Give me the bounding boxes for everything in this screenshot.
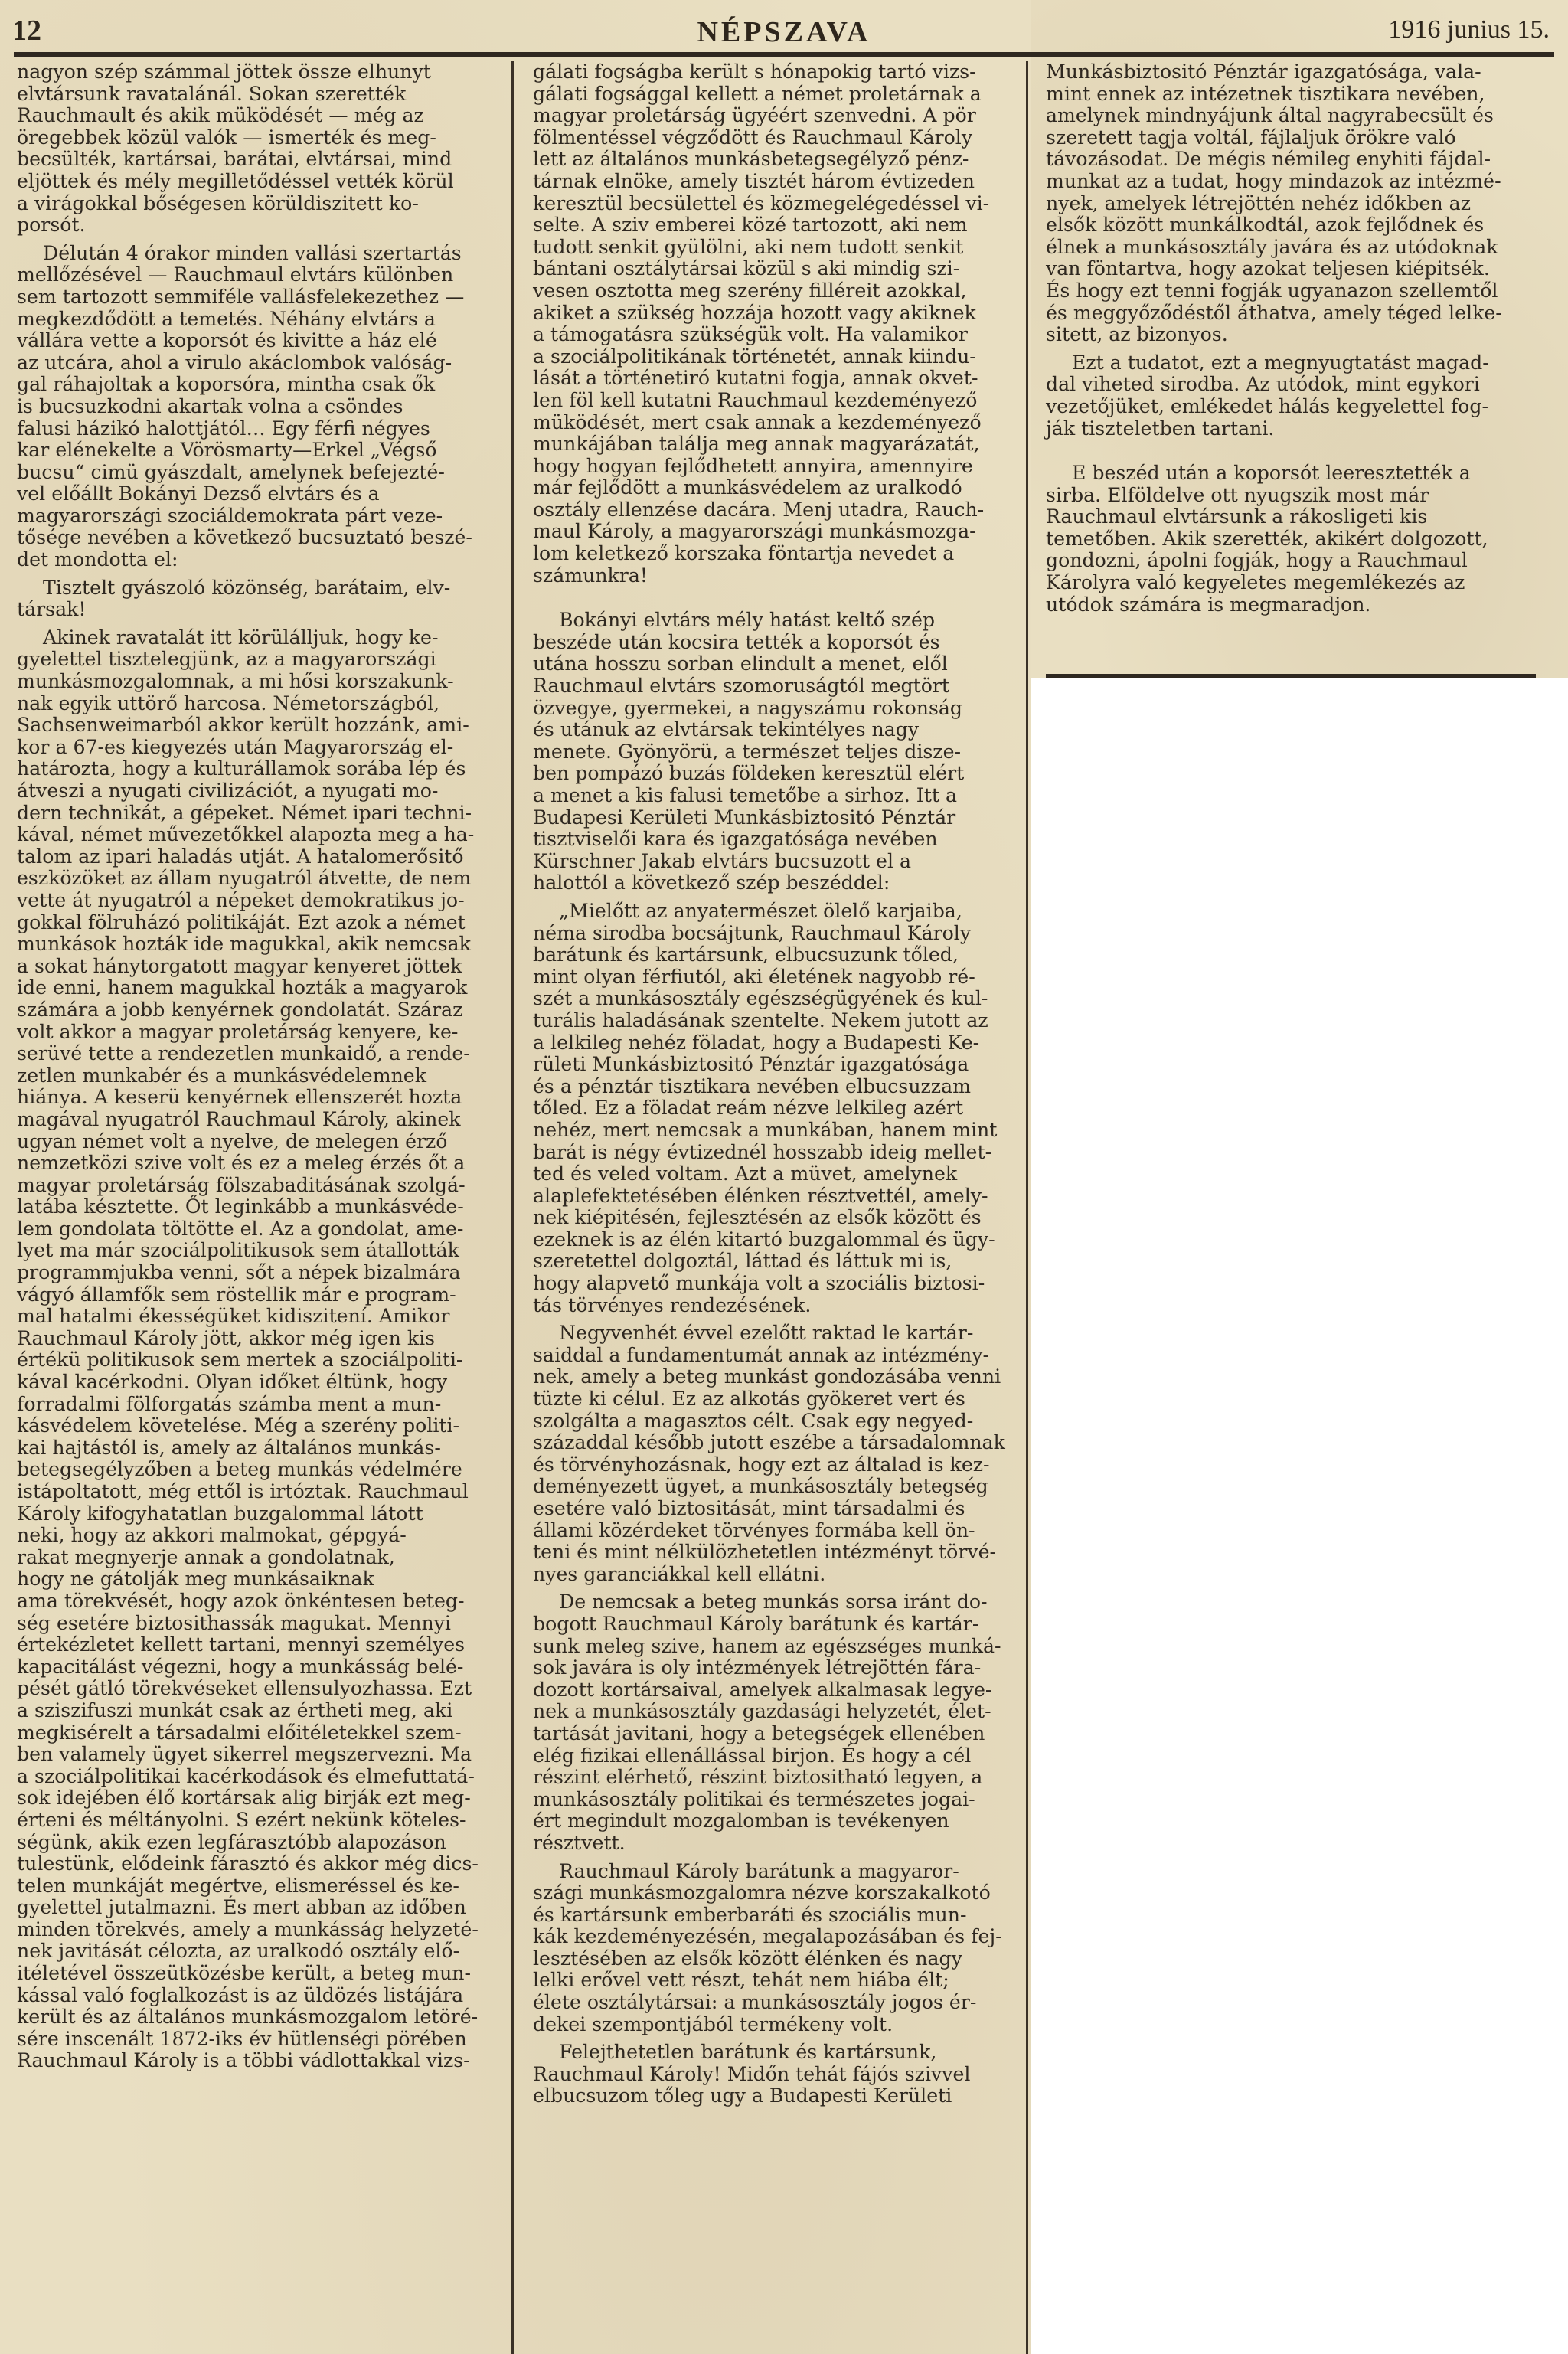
article-column-3: Munkásbiztositó Pénztár igazgatósága, va… <box>1046 61 1530 616</box>
article-paragraph: Tisztelt gyászoló közönség, barátaim, el… <box>17 577 501 621</box>
article-paragraph: Munkásbiztositó Pénztár igazgatósága, va… <box>1046 61 1530 346</box>
masthead-rule <box>14 52 1554 57</box>
masthead: 12 NÉPSZAVA 1916 junius 15. <box>0 0 1568 54</box>
article-paragraph: gálati fogságba került s hónapokig tartó… <box>533 61 1017 587</box>
column-divider <box>511 61 514 2354</box>
article-column-2: gálati fogságba került s hónapokig tartó… <box>533 61 1017 2107</box>
article-paragraph: De nemcsak a beteg munkás sorsa iránt do… <box>533 1591 1017 1854</box>
article-paragraph: Délután 4 órakor minden vallási szertart… <box>17 243 501 571</box>
article-paragraph: Akinek ravatalát itt körülálljuk, hogy k… <box>17 627 501 2072</box>
article-column-1: nagyon szép számmal jöttek össze elhunyt… <box>17 61 501 2072</box>
issue-date: 1916 junius 15. <box>1388 15 1550 44</box>
article-paragraph: Ezt a tudatot, ezt a megnyugtatást magad… <box>1046 352 1530 440</box>
article-paragraph: Rauchmaul Károly barátunk a magyaror- sz… <box>533 1861 1017 2036</box>
article-paragraph: nagyon szép számmal jöttek össze elhunyt… <box>17 61 501 237</box>
column-divider <box>1026 61 1028 2354</box>
article-paragraph: Bokányi elvtárs mély hatást keltő szép b… <box>533 610 1017 894</box>
article-end-rule <box>1046 674 1536 678</box>
article-paragraph: „Mielőtt az anyatermészet ölelő karjaiba… <box>533 901 1017 1316</box>
article-paragraph: Negyvenhét évvel ezelőtt raktad le kartá… <box>533 1322 1017 1585</box>
article-paragraph: Felejthetetlen barátunk és kartársunk, R… <box>533 2042 1017 2107</box>
newspaper-title: NÉPSZAVA <box>0 15 1568 49</box>
article-paragraph: E beszéd után a koporsót leeresztették a… <box>1046 463 1530 616</box>
